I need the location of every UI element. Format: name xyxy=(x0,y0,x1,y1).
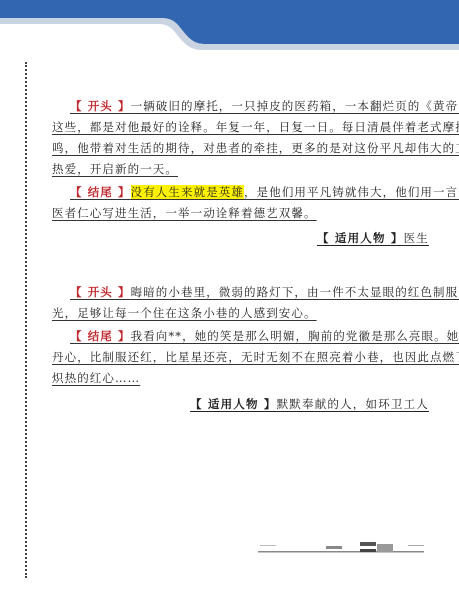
left-dotted-margin-line xyxy=(25,62,27,578)
section1-closing-line1: 【 结尾 】没有人生来就是英雄，是他们用平凡铸就伟大，他们用一言一行将 xyxy=(52,182,430,203)
applicable-label: 【 适用人物 】 xyxy=(317,231,404,245)
footer-decoration xyxy=(258,538,458,558)
applicable-value: 默默奉献的人，如环卫工人 xyxy=(277,397,429,411)
section1-opening: 【 开头 】一辆破旧的摩托，一只掉皮的医药箱，一本翻烂页的《黄帝内经》…… 这些… xyxy=(52,96,430,180)
header-banner xyxy=(0,0,459,52)
applicable-label: 【 适用人物 】 xyxy=(190,397,277,411)
highlighted-phrase: 没有人生来就是英雄 xyxy=(131,185,244,199)
section1-closing-line2: 医者仁心写进生活，一举一动诠释着德艺双馨。 xyxy=(52,203,317,224)
section1-opening-line3: 鸣，他带着对生活的期待，对患者的牵挂，更多的是对这份平凡却伟大的工作的 xyxy=(52,138,430,159)
section2-closing-line1: 【 结尾 】我看向**，她的笑是那么明媚，胸前的党徽是那么亮眼。她的一片 xyxy=(52,326,430,347)
applicable-value: 医生 xyxy=(404,231,429,245)
section2-opening-line2: 光，足够让每一个住在这条小巷的人感到安心。 xyxy=(52,303,317,324)
section2-applicable-person: 【 适用人物 】默默奉献的人，如环卫工人 xyxy=(190,396,429,412)
section2-opening: 【 开头 】晦暗的小巷里，微弱的路灯下，由一件不太显眼的红色制服反射的 光，足够… xyxy=(52,282,430,324)
closing-tag: 【 结尾 】 xyxy=(70,329,131,343)
section1-opening-line2: 这些，都是对他最好的诠释。年复一年，日复一日。每日清晨伴着老式摩托的轰 xyxy=(52,117,430,138)
section2-closing-line2: 丹心，比制服还红，比星星还亮，无时无刻不在照亮着小巷，也因此点燃了一颗颗 xyxy=(52,347,430,368)
opening-tag: 【 开头 】 xyxy=(70,99,131,113)
section2-closing: 【 结尾 】我看向**，她的笑是那么明媚，胸前的党徽是那么亮眼。她的一片 丹心，… xyxy=(52,326,430,389)
section2-closing-line3: 炽热的红心…… xyxy=(52,368,140,389)
opening-tag: 【 开头 】 xyxy=(70,285,131,299)
section2-opening-line1: 【 开头 】晦暗的小巷里，微弱的路灯下，由一件不太显眼的红色制服反射的 xyxy=(52,282,430,303)
section1-opening-line4: 热爱，开启新的一天。 xyxy=(52,159,178,180)
section1-opening-line1: 【 开头 】一辆破旧的摩托，一只掉皮的医药箱，一本翻烂页的《黄帝内经》…… xyxy=(52,96,430,117)
section1-closing: 【 结尾 】没有人生来就是英雄，是他们用平凡铸就伟大，他们用一言一行将 医者仁心… xyxy=(52,182,430,224)
closing-tag: 【 结尾 】 xyxy=(70,185,131,199)
section1-applicable-person: 【 适用人物 】医生 xyxy=(317,230,429,246)
